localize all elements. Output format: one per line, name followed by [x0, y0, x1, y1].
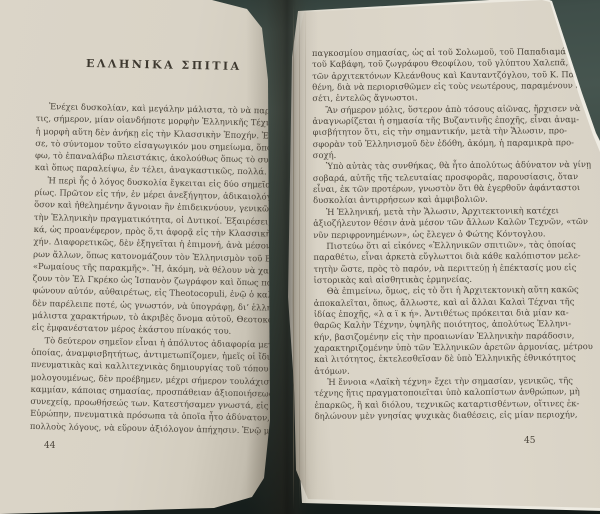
- right-paragraph-1: παγκοσμίου σημασίας, ὡς αἱ τοῦ Σολωμοῦ, …: [312, 46, 562, 104]
- right-paragraph-7: Ἡ ἔννοια «Λαϊκὴ τέχνη» ἔχει τὴν σημασίαν…: [314, 375, 564, 422]
- right-paragraph-3: Ὑπὸ αὐτὰς τὰς συνθήκας, θὰ ἦτο ἀπολύτως …: [313, 160, 563, 207]
- left-page-text: ΕΛΛΗΝΙΚΑ ΣΠΙΤΙΑ Ἐνέχει δυσκολίαν, καὶ με…: [30, 56, 291, 437]
- right-paragraph-2: Ἂν σήμερον μόλις, ὕστερον ἀπὸ τόσους αἰῶ…: [312, 103, 562, 161]
- right-page: παγκοσμίου σημασίας, ὡς αἱ τοῦ Σολωμοῦ, …: [288, 0, 600, 514]
- chapter-heading: ΕΛΛΗΝΙΚΑ ΣΠΙΤΙΑ: [37, 56, 291, 74]
- right-paragraph-6: Θὰ ἐπιμείνω, ὅμως, εἰς τὸ ὅτι ἡ Ἀρχιτεκτ…: [314, 284, 565, 376]
- book-photo: ΕΛΛΗΝΙΚΑ ΣΠΙΤΙΑ Ἐνέχει δυσκολίαν, καὶ με…: [0, 0, 600, 514]
- right-page-text: παγκοσμίου σημασίας, ὡς αἱ τοῦ Σολωμοῦ, …: [312, 46, 565, 422]
- right-page-number: 45: [524, 436, 535, 446]
- left-page-number: 44: [44, 441, 55, 451]
- left-paragraph-3: Τὸ δεύτερον σημεῖον εἶναι ἡ ἀπόλυτος ἀδι…: [30, 334, 286, 437]
- left-paragraph-2: Ἡ περὶ ἧς ὁ λόγος δυσκολία ἔγκειται εἰς …: [32, 174, 289, 339]
- right-paragraph-5: Πιστεύω ὅτι αἱ εἰκόνες «Ἑλληνικῶν σπιτιῶ…: [313, 239, 563, 286]
- right-paragraph-4: Ἡ Ἑλληνική, μετὰ τὴν Ἅλωσιν, Ἀρχιτεκτονι…: [313, 205, 563, 241]
- left-paragraph-1: Ἐνέχει δυσκολίαν, καὶ μεγάλην μάλιστα, τ…: [35, 100, 290, 179]
- left-page: ΕΛΛΗΝΙΚΑ ΣΠΙΤΙΑ Ἐνέχει δυσκολίαν, καὶ με…: [0, 0, 272, 514]
